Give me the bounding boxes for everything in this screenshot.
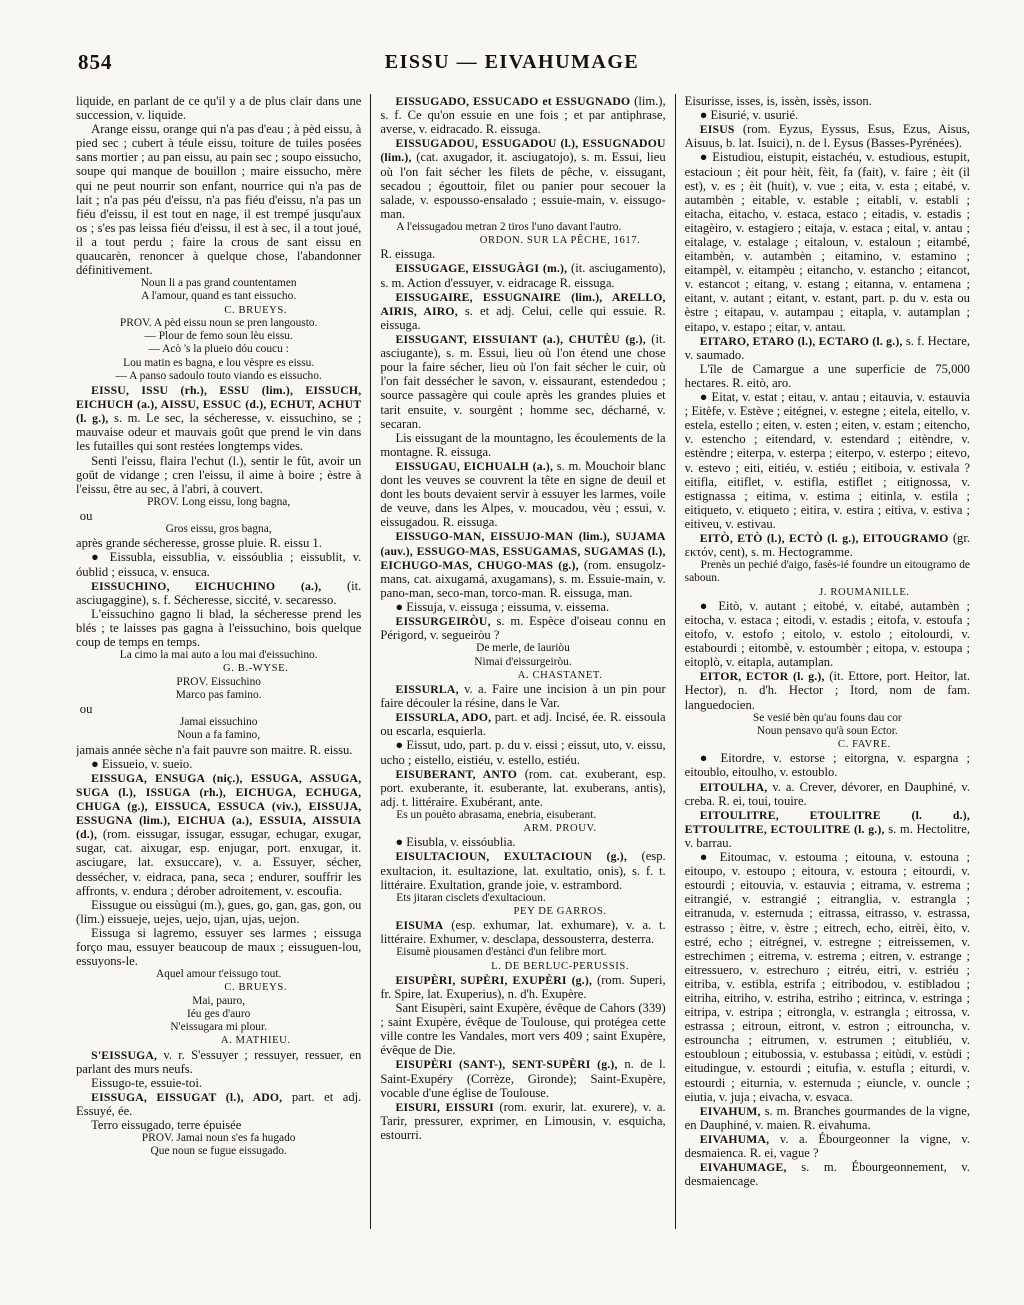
dictionary-entry: S'EISSUGA, v. r. S'essuyer ; ressuyer, r… bbox=[76, 1048, 361, 1076]
cross-reference-paragraph: ● Eistudiou, eistupit, eistachéu, v. est… bbox=[685, 150, 970, 333]
citation-author: ARM. PROUV. bbox=[380, 822, 665, 835]
entry-headword: EITOULITRE, ETOULITRE (l. d.), ETTOULITR… bbox=[685, 809, 970, 836]
citation-author: C. BRUEYS. bbox=[76, 304, 361, 317]
column-divider bbox=[675, 94, 676, 1229]
body-paragraph: Lis eissugant de la mountagno, les écoul… bbox=[380, 431, 665, 459]
entry-headword: EISUPÈRI (SANT-), SENT-SUPÈRI (g.), bbox=[395, 1058, 617, 1071]
entry-headword: EISSUCHINO, EICHUCHINO (a.), bbox=[91, 580, 321, 593]
dictionary-entry: EISURI, EISSURI (rom. exurir, lat. exure… bbox=[380, 1100, 665, 1142]
citation-author: ORDON. SUR LA PÊCHE, 1617. bbox=[380, 234, 665, 247]
verse-quotation: Se vesié bèn qu'au founs dau cor Noun pe… bbox=[685, 712, 970, 738]
body-paragraph: Sant Eisupèri, saint Exupère, évêque de … bbox=[380, 1001, 665, 1057]
entry-headword: EISSUGA, ENSUGA (niç.), ESSUGA, ASSUGA, … bbox=[76, 772, 361, 842]
dictionary-entry: EISSUCHINO, EICHUCHINO (a.), (it. asciug… bbox=[76, 579, 361, 607]
verse-quotation: Gros eissu, gros bagna, bbox=[76, 523, 361, 536]
body-paragraph: Eissugue ou eissùgui (m.), gues, go, gan… bbox=[76, 898, 361, 926]
entry-headword: EIVAHUM, bbox=[700, 1105, 761, 1118]
proverb-block: PROV. A pèd eissu noun se pren langousto… bbox=[76, 317, 361, 383]
entry-headword: EISSUGADOU, ESSUGADOU (l.), ESSUGNADOU (… bbox=[380, 137, 665, 164]
dictionary-entry: EISSURGEIRÒU, s. m. Espèce d'oiseau conn… bbox=[380, 614, 665, 642]
dictionary-entry: EISSUGADOU, ESSUGADOU (l.), ESSUGNADOU (… bbox=[380, 136, 665, 221]
dictionary-entry: EISSUGAGE, EISSUGÀGI (m.), (it. asciugam… bbox=[380, 261, 665, 289]
citation-author: G. B.-WYSE. bbox=[76, 662, 361, 675]
prose-quotation: Ets jitaran cisclets d'exultacioun. bbox=[380, 892, 665, 905]
connector-word: ou bbox=[76, 702, 361, 716]
dictionary-entry: EISSUGAIRE, ESSUGNAIRE (lim.), ARELLO, A… bbox=[380, 290, 665, 332]
dictionary-entry: EISSU, ISSU (rh.), ESSU (lim.), EISSUCH,… bbox=[76, 383, 361, 454]
dictionary-entry: EISSUGADO, ESSUCADO et ESSUGNADO (lim.),… bbox=[380, 94, 665, 136]
citation-author: A. CHASTANET. bbox=[380, 669, 665, 682]
cross-reference-paragraph: ● Eissubla, eissublia, v. eissóublia ; e… bbox=[76, 550, 361, 578]
dictionary-entry: EISUS (rom. Eyzus, Eyssus, Esus, Ezus, A… bbox=[685, 122, 970, 150]
dictionary-entry: EISUMA (esp. exhumar, lat. exhumare), v.… bbox=[380, 918, 665, 946]
entry-headword: S'EISSUGA, bbox=[91, 1049, 157, 1062]
body-paragraph: Arange eissu, orange qui n'a pas d'eau ;… bbox=[76, 122, 361, 277]
citation-author: A. MATHIEU. bbox=[76, 1034, 361, 1047]
cross-reference-paragraph: ● Eissueio, v. sueio. bbox=[76, 757, 361, 771]
continuation-paragraph: après grande sécheresse, grosse pluie. R… bbox=[76, 536, 361, 550]
verse-quotation: De merle, de lauriòu Nimai d'eissurgeirò… bbox=[380, 642, 665, 668]
running-head-title: EISSU — EIVAHUMAGE bbox=[0, 51, 1024, 74]
entry-headword: EITARO, ETARO (l.), ECTARO (l. g.), bbox=[700, 335, 903, 348]
dictionary-entry: EISUPÈRI, SUPÈRI, EXUPÈRI (g.), (rom. Su… bbox=[380, 973, 665, 1001]
entry-headword: EISUPÈRI, SUPÈRI, EXUPÈRI (g.), bbox=[395, 974, 592, 987]
dictionary-entry: EISSUGANT, EISSUIANT (a.), CHUTÈU (g.), … bbox=[380, 332, 665, 431]
proverb-block: PROV. Long eissu, long bagna, bbox=[76, 496, 361, 509]
citation-author: C. FAVRE. bbox=[685, 738, 970, 751]
entry-headword: EITÒ, ETÒ (l.), ECTÒ (l. g.), EITOUGRAMO bbox=[700, 532, 949, 545]
entry-headword: EISSU, ISSU (rh.), ESSU (lim.), EISSUCH,… bbox=[76, 384, 361, 425]
cross-reference-paragraph: ● Eissuja, v. eissuga ; eissuma, v. eiss… bbox=[380, 600, 665, 614]
text-column-2: EISSUGADO, ESSUCADO et ESSUGNADO (lim.),… bbox=[380, 94, 665, 1229]
entry-headword: EISSUGANT, EISSUIANT (a.), CHUTÈU (g.), bbox=[395, 333, 645, 346]
entry-headword: EISUBERANT, ANTO bbox=[395, 768, 517, 781]
dictionary-entry: EIVAHUMA, v. a. Ébourgeonner la vigne, v… bbox=[685, 1132, 970, 1160]
entry-headword: EIVAHUMAGE, bbox=[700, 1161, 787, 1174]
cross-reference-paragraph: ● Eitordre, v. estorse ; eitorgna, v. es… bbox=[685, 751, 970, 779]
dictionary-entry: EITÒ, ETÒ (l.), ECTÒ (l. g.), EITOUGRAMO… bbox=[685, 531, 970, 559]
body-paragraph: Terro eissugado, terre épuisée bbox=[76, 1118, 361, 1132]
cross-reference-paragraph: ● Eitat, v. estat ; eitau, v. antau ; ei… bbox=[685, 390, 970, 531]
dictionary-entry: EITARO, ETARO (l.), ECTARO (l. g.), s. f… bbox=[685, 334, 970, 362]
entry-headword: EISULTACIOUN, EXULTACIOUN (g.), bbox=[395, 850, 627, 863]
continuation-paragraph: R. eissuga. bbox=[380, 247, 665, 261]
dictionary-entry: EISSURLA, v. a. Faire une incision à un … bbox=[380, 682, 665, 710]
body-paragraph: L'île de Camargue a une superficie de 75… bbox=[685, 362, 970, 390]
dictionary-entry: EISSUGAU, EICHUALH (a.), s. m. Mouchoir … bbox=[380, 459, 665, 530]
entry-headword: EISURI, EISSURI bbox=[395, 1101, 493, 1114]
entry-headword: EISSURLA, ADO, bbox=[395, 711, 491, 724]
body-paragraph: Eissuga si lagremo, essuyer ses larmes ;… bbox=[76, 926, 361, 968]
entry-headword: EISSURLA, bbox=[395, 683, 458, 696]
entry-headword: EISSUGO-MAN, EISSUJO-MAN (lim.), SUJAMA … bbox=[380, 530, 665, 571]
dictionary-entry: EIVAHUMAGE, s. m. Ébourgeonnement, v. de… bbox=[685, 1160, 970, 1188]
dictionary-entry: EISSUGO-MAN, EISSUJO-MAN (lim.), SUJAMA … bbox=[380, 529, 665, 600]
dictionary-entry: EIVAHUM, s. m. Branches gourmandes de la… bbox=[685, 1104, 970, 1132]
text-columns: liquide, en parlant de ce qu'il y a de p… bbox=[76, 94, 970, 1229]
cross-reference-paragraph: ● Eitoumac, v. estouma ; eitouna, v. est… bbox=[685, 850, 970, 1104]
entry-headword: EIVAHUMA, bbox=[700, 1133, 770, 1146]
text-column-3: Eisurisse, isses, is, issèn, issès, isso… bbox=[685, 94, 970, 1229]
body-paragraph: L'eissuchino gagno li blad, la sécheress… bbox=[76, 607, 361, 649]
dictionary-entry: EISUBERANT, ANTO (rom. cat. exuberant, e… bbox=[380, 767, 665, 809]
prose-quotation: A l'eissugadou metran 2 tiros l'uno dava… bbox=[380, 221, 665, 234]
prose-quotation: Es un pouèto abrasama, enebria, eisubera… bbox=[380, 809, 665, 822]
verse-quotation: Mai, pauro, Iéu ges d'auro N'eissugara m… bbox=[76, 995, 361, 1035]
verse-quotation: Jamai eissuchino Noun a fa famino, bbox=[76, 716, 361, 742]
continuation-paragraph: liquide, en parlant de ce qu'il y a de p… bbox=[76, 94, 361, 122]
dictionary-entry: EISSUGA, EISSUGAT (l.), ADO, part. et ad… bbox=[76, 1090, 361, 1118]
dictionary-page: 854 EISSU — EIVAHUMAGE liquide, en parla… bbox=[0, 0, 1024, 1305]
entry-headword: EITOULHA, bbox=[700, 781, 768, 794]
dictionary-entry: EISSURLA, ADO, part. et adj. Incisé, ée.… bbox=[380, 710, 665, 738]
entry-headword: EISSUGAIRE, ESSUGNAIRE (lim.), ARELLO, A… bbox=[380, 291, 665, 318]
continuation-paragraph: Eisurisse, isses, is, issèn, issès, isso… bbox=[685, 94, 970, 108]
entry-headword: EISUS bbox=[700, 123, 735, 136]
dictionary-entry: EISULTACIOUN, EXULTACIOUN (g.), (esp. ex… bbox=[380, 849, 665, 891]
page-header: 854 EISSU — EIVAHUMAGE bbox=[0, 50, 1024, 84]
entry-headword: EISSUGAU, EICHUALH (a.), bbox=[395, 460, 553, 473]
column-divider bbox=[370, 94, 371, 1229]
dictionary-entry: EISUPÈRI (SANT-), SENT-SUPÈRI (g.), n. d… bbox=[380, 1057, 665, 1099]
citation-author: PEY DE GARROS. bbox=[380, 905, 665, 918]
citation-author: L. DE BERLUC-PERUSSIS. bbox=[380, 960, 665, 973]
cross-reference-paragraph: ● Eissut, udo, part. p. du v. eissi ; ei… bbox=[380, 738, 665, 766]
dictionary-entry: EITOR, ECTOR (l. g.), (it. Ettore, port.… bbox=[685, 669, 970, 711]
body-paragraph: Eissugo-te, essuie-toi. bbox=[76, 1076, 361, 1090]
connector-word: ou bbox=[76, 509, 361, 523]
entry-headword: EISSUGA, EISSUGAT (l.), ADO, bbox=[91, 1091, 282, 1104]
dictionary-entry: EITOULHA, v. a. Crever, dévorer, en Daup… bbox=[685, 780, 970, 808]
citation-author: J. ROUMANILLE. bbox=[685, 586, 970, 599]
prose-quotation: Prenès un pechié d'aigo, fasès-ié foundr… bbox=[685, 559, 970, 585]
cross-reference-paragraph: ● Eitò, v. autant ; eitobé, v. eitabé, a… bbox=[685, 599, 970, 669]
proverb-block: PROV. Jamai noun s'es fa hugado Que noun… bbox=[76, 1132, 361, 1158]
verse-quotation: Noun li a pas grand countentamen A l'amo… bbox=[76, 277, 361, 303]
citation-author: C. BRUEYS. bbox=[76, 981, 361, 994]
cross-reference-paragraph: ● Eisubla, v. eissóublia. bbox=[380, 835, 665, 849]
entry-headword: EISSURGEIRÒU, bbox=[395, 615, 490, 628]
text-column-1: liquide, en parlant de ce qu'il y a de p… bbox=[76, 94, 361, 1229]
body-paragraph: Senti l'eissu, flaira l'echut (l.), sent… bbox=[76, 454, 361, 496]
cross-reference-paragraph: ● Eisurié, v. usurié. bbox=[685, 108, 970, 122]
prose-quotation: Eisumè piousamen d'estànci d'un felibre … bbox=[380, 946, 665, 959]
dictionary-entry: EITOULITRE, ETOULITRE (l. d.), ETTOULITR… bbox=[685, 808, 970, 850]
entry-headword: EITOR, ECTOR (l. g.), bbox=[700, 670, 825, 683]
verse-quotation: Aquel amour t'eissugo tout. bbox=[76, 968, 361, 981]
proverb-block: PROV. Eissuchino Marco pas famino. bbox=[76, 676, 361, 702]
entry-headword: EISSUGADO, ESSUCADO et ESSUGNADO bbox=[395, 95, 630, 108]
dictionary-entry: EISSUGA, ENSUGA (niç.), ESSUGA, ASSUGA, … bbox=[76, 771, 361, 898]
entry-headword: EISSUGAGE, EISSUGÀGI (m.), bbox=[395, 262, 567, 275]
entry-headword: EISUMA bbox=[395, 919, 443, 932]
continuation-paragraph: jamais année sèche n'a fait pauvre son m… bbox=[76, 743, 361, 757]
verse-quotation: La cimo la mai auto a lou mai d'eissuchi… bbox=[76, 649, 361, 662]
